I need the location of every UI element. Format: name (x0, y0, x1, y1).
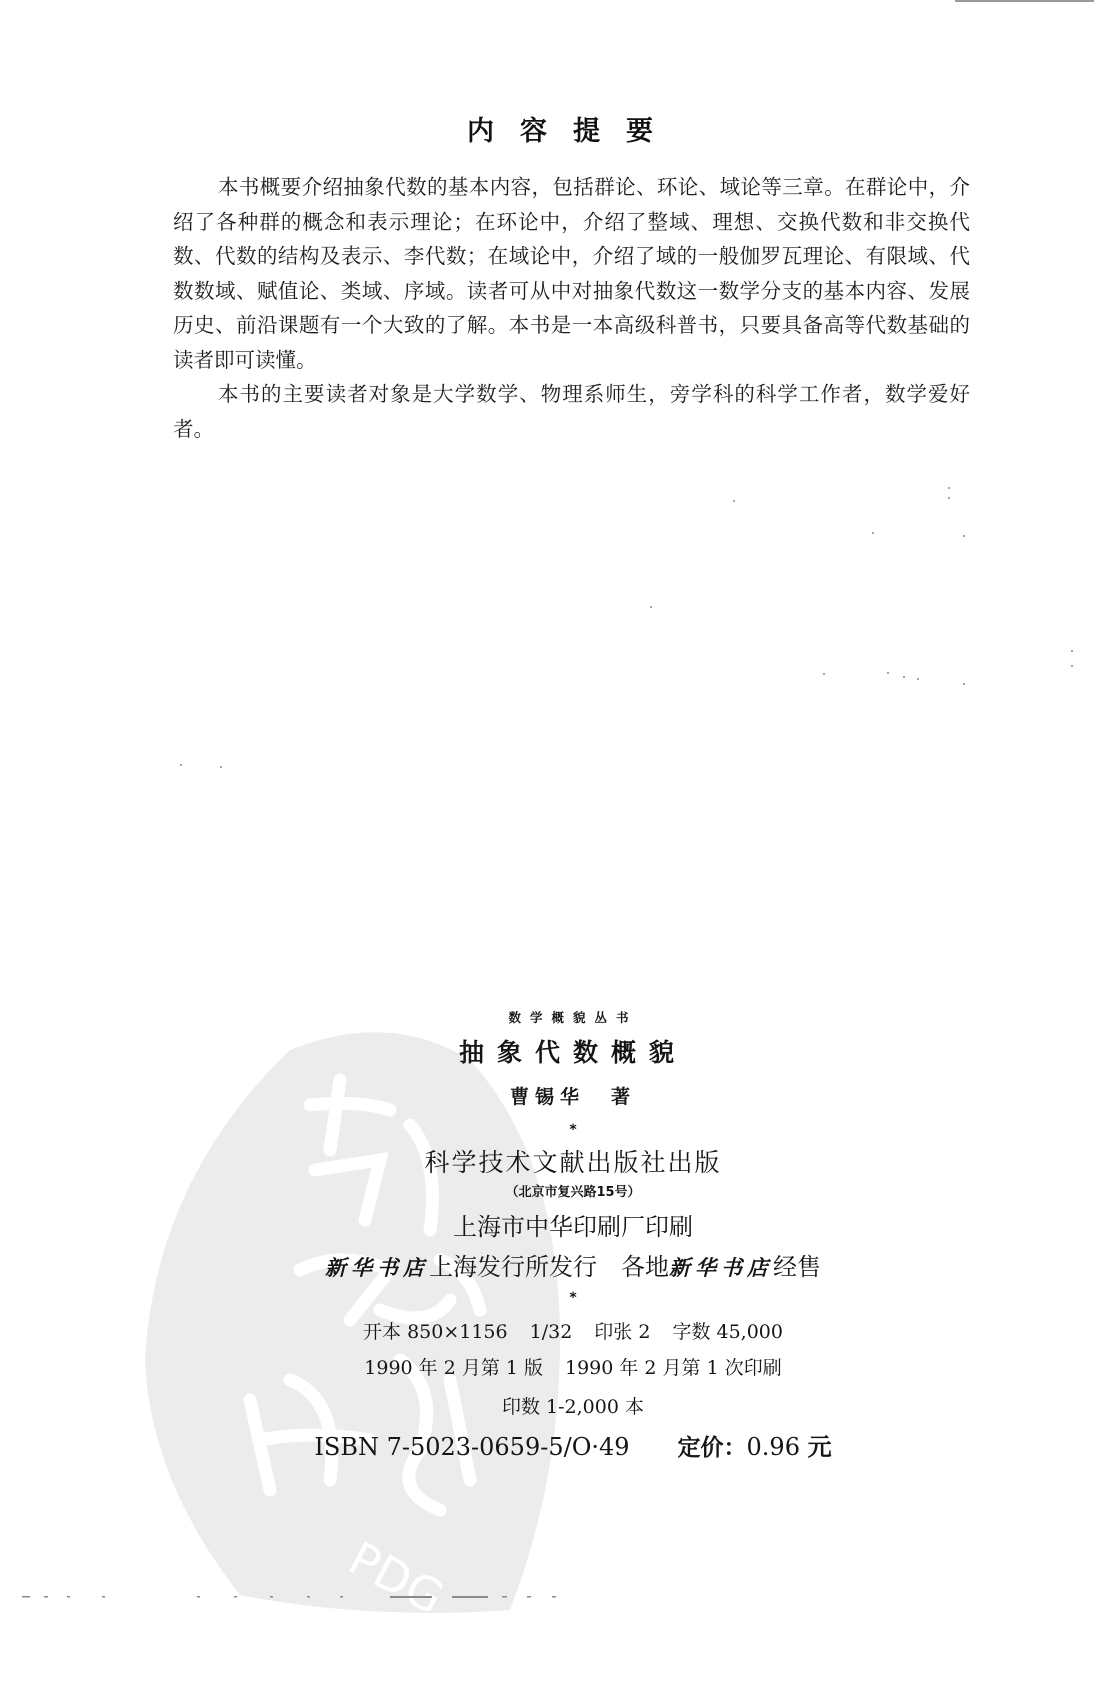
speck (220, 766, 222, 768)
price-value: 0.96 (747, 1433, 800, 1461)
speck (180, 764, 182, 766)
isbn-price-line: ISBN 7-5023-0659-5/O·49定价：0.96 元 (0, 1431, 1094, 1464)
speck (1071, 650, 1073, 652)
speck (872, 532, 874, 534)
summary-paragraph: 本书的主要读者对象是大学数学、物理系师生，旁学科的科学工作者，数学爱好者。 (173, 377, 970, 446)
scan-edge-line (955, 0, 1094, 2)
first-printing: 1990 年 2 月第 1 次印刷 (565, 1357, 782, 1379)
book-title: 抽象代数概貌 (0, 1037, 1094, 1069)
print-run: 印数 1-2,000 本 (0, 1394, 1094, 1420)
printed-sheets: 印张 2 (594, 1321, 650, 1343)
speck (917, 678, 919, 680)
author-name: 曹锡华 (510, 1086, 585, 1108)
price-unit: 元 (808, 1433, 832, 1461)
format-fraction: 1/32 (530, 1321, 573, 1343)
speck (887, 672, 889, 674)
summary-heading: 内容提要 (0, 116, 1094, 148)
price-label: 定价： (678, 1435, 747, 1461)
distributor-line: 新华书店上海发行所发行各地新华书店经售 (0, 1252, 1094, 1283)
speck (963, 535, 965, 537)
speck (903, 676, 905, 678)
first-edition: 1990 年 2 月第 1 版 (364, 1357, 543, 1379)
author-line: 曹锡华著 (0, 1084, 1094, 1110)
printer: 上海市中华印刷厂印刷 (0, 1212, 1094, 1242)
speck (1071, 665, 1073, 667)
speck (733, 500, 735, 502)
separator-star-icon: * (0, 1291, 1094, 1305)
scan-marks (22, 1594, 582, 1600)
page-format: 开本 850×1156 (363, 1321, 508, 1343)
speck (823, 673, 825, 675)
watermark-text: PDG (340, 1531, 453, 1625)
publisher: 科学技术文献出版社出版 (0, 1148, 1094, 1178)
format-specs: 开本 850×11561/32印张 2字数 45,000 (0, 1319, 1094, 1345)
separator-star-icon: * (0, 1123, 1094, 1137)
word-count: 字数 45,000 (672, 1321, 783, 1343)
author-role: 著 (611, 1086, 636, 1108)
isbn: ISBN 7-5023-0659-5/O·49 (314, 1433, 629, 1461)
distributor-brand: 新华书店 (325, 1255, 429, 1280)
seller-prefix: 各地 (621, 1253, 669, 1281)
speck (948, 487, 950, 489)
distributor-text: 上海发行所发行 (429, 1253, 597, 1281)
speck (650, 606, 652, 608)
summary-paragraph: 本书概要介绍抽象代数的基本内容，包括群论、环论、域论等三章。在群论中，介绍了各种… (173, 170, 970, 377)
speck (948, 497, 950, 499)
series-name: 数学概貌丛书 (0, 1009, 1094, 1027)
seller-suffix: 经售 (773, 1253, 821, 1281)
publisher-address: （北京市复兴路15号） (0, 1184, 1094, 1202)
speck (963, 683, 965, 685)
summary-body: 本书概要介绍抽象代数的基本内容，包括群论、环论、域论等三章。在群论中，介绍了各种… (173, 170, 970, 446)
edition-line: 1990 年 2 月第 1 版1990 年 2 月第 1 次印刷 (0, 1355, 1094, 1381)
seller-brand: 新华书店 (669, 1255, 773, 1280)
